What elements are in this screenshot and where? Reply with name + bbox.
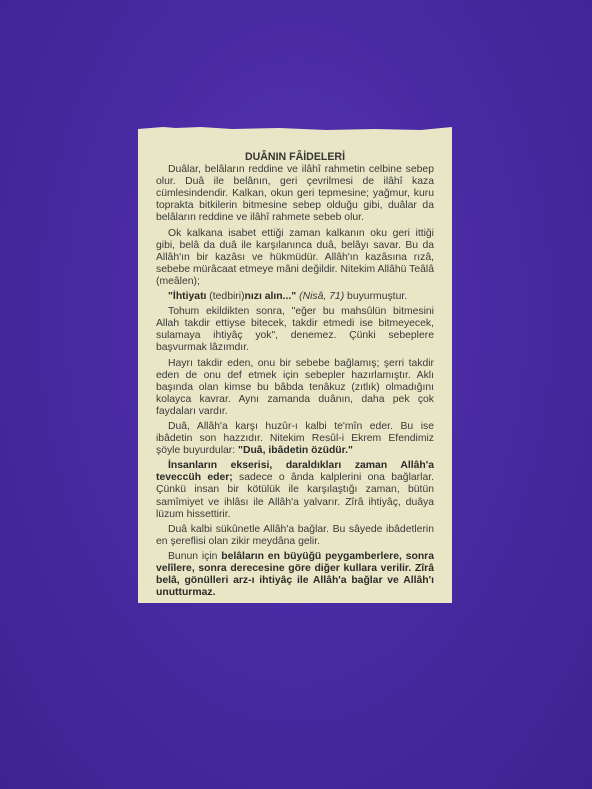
paragraph: Duâlar, belâların reddine ve ilâhî rahme… — [156, 164, 434, 224]
paragraph: Ok kalkana isabet ettiği zaman kalkanın … — [156, 228, 434, 288]
paragraph: Hayrı takdir eden, onu bir sebebe bağlam… — [156, 358, 434, 418]
paper-text: DUÂNIN FÂİDELERİ Duâlar, belâların reddi… — [156, 151, 434, 602]
page-title: DUÂNIN FÂİDELERİ — [156, 151, 434, 163]
paragraph: "İhtiyatı (tedbiri)nızı alın..." (Nisâ, … — [156, 291, 434, 303]
paragraph: İnsanların ekserisi, daraldıkları zaman … — [156, 460, 434, 520]
paragraphs: Duâlar, belâların reddine ve ilâhî rahme… — [156, 164, 434, 599]
paragraph: Duâ kalbi sükûnetle Allâh'a bağlar. Bu s… — [156, 524, 434, 548]
paragraph: Bunun için belâların en büyüğü peygamber… — [156, 551, 434, 599]
paragraph: Duâ, Allâh'a karşı huzûr-ı kalbi te'mîn … — [156, 421, 434, 457]
paragraph: Tohum ekildikten sonra, "eğer bu mahsûlü… — [156, 306, 434, 354]
